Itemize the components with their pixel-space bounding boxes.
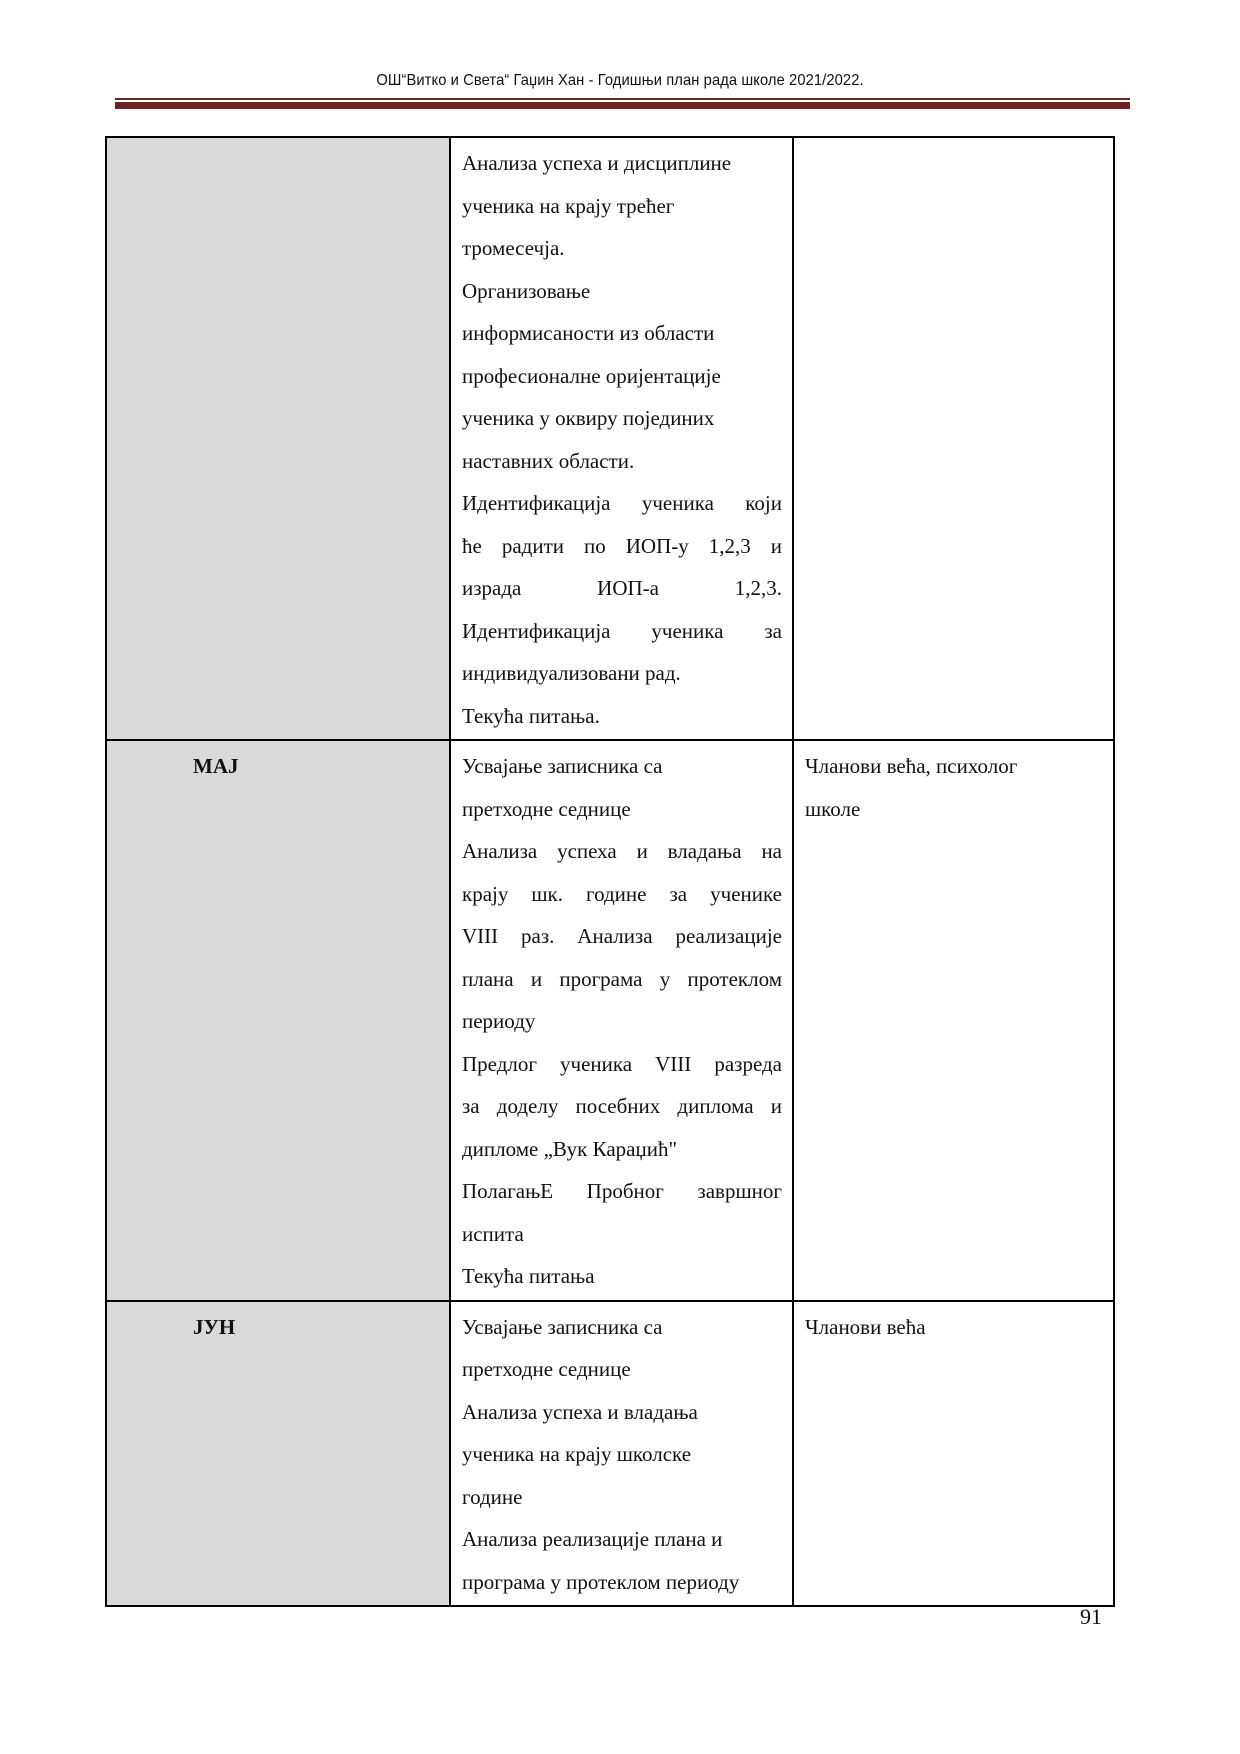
activity-line: Идентификација ученика који: [462, 482, 782, 525]
activity-line: Анализа реализације плана и: [462, 1518, 782, 1561]
activities-cell: Усвајање записника сапретходне седницеАн…: [450, 740, 793, 1301]
activity-line: дипломе „Вук Караџић": [462, 1128, 782, 1171]
month-label: МАЈ: [107, 741, 449, 788]
activity-line: ПолагањЕ Пробног завршног: [462, 1170, 782, 1213]
activity-line: ученика на крају школске: [462, 1433, 782, 1476]
header-rule-thick: [115, 102, 1130, 109]
activity-line: тромесечја.: [462, 227, 782, 270]
participants-line: Чланови већа: [805, 1306, 1103, 1349]
activity-line: ученика у оквиру појединих: [462, 397, 782, 440]
page-number: 91: [1080, 1604, 1102, 1630]
annual-plan-table: Анализа успеха и дисциплинеученика на кр…: [105, 136, 1115, 1607]
table-body: Анализа успеха и дисциплинеученика на кр…: [106, 137, 1114, 1606]
activities-cell: Усвајање записника сапретходне седницеАн…: [450, 1301, 793, 1607]
activity-line: за доделу посебних диплома и: [462, 1085, 782, 1128]
activity-line: Усвајање записника са: [462, 745, 782, 788]
month-label: ЈУН: [107, 1302, 449, 1349]
table-row: ЈУНУсвајање записника сапретходне седниц…: [106, 1301, 1114, 1607]
activity-line: године: [462, 1476, 782, 1519]
participants-cell: [793, 137, 1114, 740]
month-cell: ЈУН: [106, 1301, 450, 1607]
activity-line: периоду: [462, 1000, 782, 1043]
activity-line: професионалне оријентације: [462, 355, 782, 398]
activity-line: претходне седнице: [462, 1348, 782, 1391]
activities-cell: Анализа успеха и дисциплинеученика на кр…: [450, 137, 793, 740]
page-header: ОШ“Витко и Света“ Гаџин Хан - Годишњи пл…: [151, 72, 1089, 90]
activity-line: ученика на крају трећег: [462, 185, 782, 228]
header-rule-thin: [115, 98, 1130, 100]
table-row: Анализа успеха и дисциплинеученика на кр…: [106, 137, 1114, 740]
activity-line: Текућа питања.: [462, 695, 782, 738]
participants-cell: Чланови већа, психологшколе: [793, 740, 1114, 1301]
activity-line: VIII раз. Анализа реализације: [462, 915, 782, 958]
activity-line: претходне седнице: [462, 788, 782, 831]
activity-line: Анализа успеха и владања: [462, 1391, 782, 1434]
month-cell: МАЈ: [106, 740, 450, 1301]
activity-line: информисаности из области: [462, 312, 782, 355]
month-cell: [106, 137, 450, 740]
activity-line: Организовање: [462, 270, 782, 313]
activity-line: крају шк. године за ученике: [462, 873, 782, 916]
activity-line: израда ИОП-а 1,2,3.: [462, 567, 782, 610]
participants-cell: Чланови већа: [793, 1301, 1114, 1607]
participants-line: Чланови већа, психолог: [805, 745, 1103, 788]
activity-line: Идентификација ученика за: [462, 610, 782, 653]
activity-line: испита: [462, 1213, 782, 1256]
activity-line: наставних области.: [462, 440, 782, 483]
activity-line: програма у протеклом периоду: [462, 1561, 782, 1604]
table-row: МАЈУсвајање записника сапретходне седниц…: [106, 740, 1114, 1301]
activity-line: Предлог ученика VIII разреда: [462, 1043, 782, 1086]
month-label: [107, 138, 449, 185]
activity-line: Анализа успеха и владања на: [462, 830, 782, 873]
activity-line: Усвајање записника са: [462, 1306, 782, 1349]
activity-line: Текућа питања: [462, 1255, 782, 1298]
activity-line: индивидуализовани рад.: [462, 652, 782, 695]
activity-line: Анализа успеха и дисциплине: [462, 142, 782, 185]
activity-line: ће радити по ИОП-у 1,2,3 и: [462, 525, 782, 568]
participants-line: школе: [805, 788, 1103, 831]
activity-line: плана и програма у протеклом: [462, 958, 782, 1001]
